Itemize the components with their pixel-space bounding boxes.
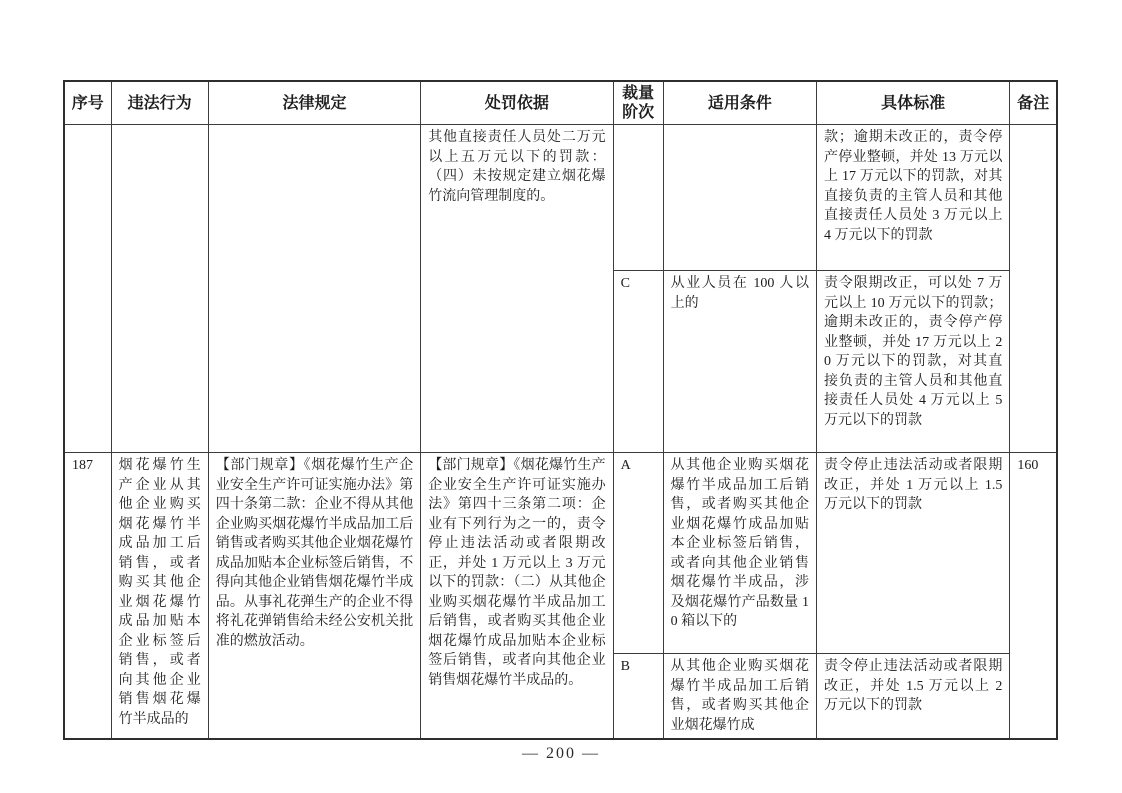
cell-cont-sub2-condition: 从业人员在 100 人以上的 — [663, 271, 816, 453]
cell-187-index: 187 — [64, 453, 111, 740]
header-cell-discretion-level: 裁量阶次 — [613, 81, 663, 125]
cell-187-remarks: 160 — [1010, 453, 1057, 740]
cell-cont-sub1-level — [613, 125, 663, 271]
cell-187-subA-level: A — [613, 453, 663, 654]
header-cell-legal-provision: 法律规定 — [208, 81, 420, 125]
cell-187-penalty-basis: 【部门规章】《烟花爆竹生产企业安全生产许可证实施办法》第四十三条第二项：企业有下… — [421, 453, 613, 740]
table-header-row: 序号 违法行为 法律规定 处罚依据 裁量阶次 适用条件 具体标准 备注 — [64, 81, 1057, 125]
cell-cont-sub2-level: C — [613, 271, 663, 453]
table-row: 187 烟花爆竹生产企业从其他企业购买烟花爆竹半成品加工后销售，或者购买其他企业… — [64, 453, 1057, 654]
header-cell-specific-standard: 具体标准 — [816, 81, 1009, 125]
cell-cont-sub1-condition — [663, 125, 816, 271]
cell-cont-index — [64, 125, 111, 453]
table-row: 其他直接责任人员处二万元以上五万元以下的罚款：（四）未按规定建立烟花爆竹流向管理… — [64, 125, 1057, 271]
cell-187-legal-provision: 【部门规章】《烟花爆竹生产企业安全生产许可证实施办法》第四十条第二款：企业不得从… — [208, 453, 420, 740]
cell-187-violation: 烟花爆竹生产企业从其他企业购买烟花爆竹半成品加工后销售，或者购买其他企业烟花爆竹… — [111, 453, 208, 740]
cell-187-subB-level: B — [613, 654, 663, 740]
cell-187-subB-standard: 责令停止违法活动或者限期改正，并处 1.5 万元以上 2 万元以下的罚款 — [816, 654, 1009, 740]
cell-187-subA-standard: 责令停止违法活动或者限期改正，并处 1 万元以上 1.5 万元以下的罚款 — [816, 453, 1009, 654]
cell-cont-sub2-standard: 责令限期改正，可以处 7 万元以上 10 万元以下的罚款；逾期未改正的，责令停产… — [816, 271, 1009, 453]
header-cell-remarks: 备注 — [1010, 81, 1057, 125]
cell-cont-remarks — [1010, 125, 1057, 453]
penalty-standards-table: 序号 违法行为 法律规定 处罚依据 裁量阶次 适用条件 具体标准 备注 其他直接… — [63, 80, 1058, 740]
page-number: — 200 — — [0, 745, 1122, 763]
cell-187-subB-condition: 从其他企业购买烟花爆竹半成品加工后销售，或者购买其他企业烟花爆竹成 — [663, 654, 816, 740]
header-cell-applicable-condition: 适用条件 — [663, 81, 816, 125]
cell-cont-violation — [111, 125, 208, 453]
document-page: 序号 违法行为 法律规定 处罚依据 裁量阶次 适用条件 具体标准 备注 其他直接… — [0, 0, 1122, 793]
header-cell-violation: 违法行为 — [111, 81, 208, 125]
header-cell-penalty-basis: 处罚依据 — [421, 81, 613, 125]
cell-cont-penalty-basis: 其他直接责任人员处二万元以上五万元以下的罚款：（四）未按规定建立烟花爆竹流向管理… — [421, 125, 613, 453]
cell-cont-sub1-standard: 款；逾期未改正的，责令停产停业整顿，并处 13 万元以上 17 万元以下的罚款，… — [816, 125, 1009, 271]
cell-cont-legal-provision — [208, 125, 420, 453]
cell-187-subA-condition: 从其他企业购买烟花爆竹半成品加工后销售，或者购买其他企业烟花爆竹成品加贴本企业标… — [663, 453, 816, 654]
header-cell-index: 序号 — [64, 81, 111, 125]
